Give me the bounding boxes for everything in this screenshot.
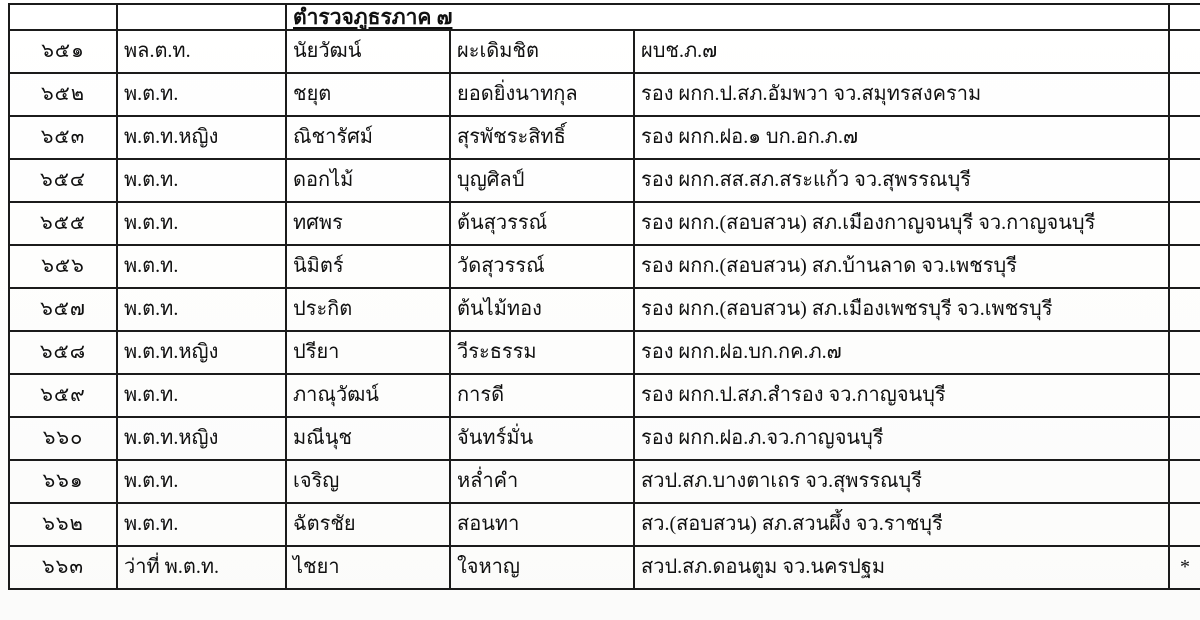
table-row: ๖๖๐ พ.ต.ท.หญิง มณีนุช จันทร์มั่น รอง ผกก… (9, 417, 1200, 460)
last-name-cell: วีระธรรม (450, 331, 634, 374)
position-cell: รอง ผกก.สส.สภ.สระแก้ว จว.สุพรรณบุรี (634, 159, 1169, 202)
position-cell: สว.(สอบสวน) สภ.สวนผึ้ง จว.ราชบุรี (634, 503, 1169, 546)
table-row: ๖๕๗ พ.ต.ท. ประกิต ต้นไม้ทอง รอง ผกก.(สอบ… (9, 288, 1200, 331)
page-title: ตำรวจภูธรภาค ๗ (293, 5, 452, 29)
table-row: ๖๕๔ พ.ต.ท. ดอกไม้ บุญศิลป์ รอง ผกก.สส.สภ… (9, 159, 1200, 202)
table-row: ๖๕๕ พ.ต.ท. ทศพร ต้นสุวรรณ์ รอง ผกก.(สอบส… (9, 202, 1200, 245)
row-number: ๖๖๑ (9, 460, 117, 503)
rank-cell: พ.ต.ท.หญิง (117, 331, 286, 374)
table-row: ๖๕๙ พ.ต.ท. ภาณุวัฒน์ การดี รอง ผกก.ป.สภ.… (9, 374, 1200, 417)
rank-cell: พ.ต.ท. (117, 159, 286, 202)
row-number: ๖๕๔ (9, 159, 117, 202)
header-empty-cell (117, 4, 286, 30)
position-cell: รอง ผกก.ฝอ.๑ บก.อก.ภ.๗ (634, 116, 1169, 159)
note-cell (1169, 288, 1200, 331)
position-cell: ผบช.ภ.๗ (634, 30, 1169, 73)
note-cell (1169, 202, 1200, 245)
table-row: ๖๖๒ พ.ต.ท. ฉัตรชัย สอนทา สว.(สอบสวน) สภ.… (9, 503, 1200, 546)
position-cell: รอง ผกก.(สอบสวน) สภ.เมืองกาญจนบุรี จว.กา… (634, 202, 1169, 245)
first-name-cell: มณีนุช (286, 417, 450, 460)
header-empty-cell (1169, 4, 1200, 30)
rank-cell: พ.ต.ท. (117, 202, 286, 245)
note-cell (1169, 417, 1200, 460)
note-cell (1169, 503, 1200, 546)
position-cell: รอง ผกก.(สอบสวน) สภ.บ้านลาด จว.เพชรบุรี (634, 245, 1169, 288)
first-name-cell: ชยุต (286, 73, 450, 116)
rank-cell: ว่าที่ พ.ต.ท. (117, 546, 286, 589)
table-row: ๖๖๓ ว่าที่ พ.ต.ท. ไชยา ใจหาญ สวป.สภ.ดอนต… (9, 546, 1200, 589)
table-row: ๖๕๖ พ.ต.ท. นิมิตร์ วัดสุวรรณ์ รอง ผกก.(ส… (9, 245, 1200, 288)
table-row: ๖๕๓ พ.ต.ท.หญิง ณิชารัศม์ สุรพัชระสิทธิ์ … (9, 116, 1200, 159)
last-name-cell: ยอดยิ่งนาทกุล (450, 73, 634, 116)
note-cell (1169, 159, 1200, 202)
last-name-cell: หล่ำคำ (450, 460, 634, 503)
officer-roster-table: ตำรวจภูธรภาค ๗ ๖๕๑ พล.ต.ท. นัยวัฒน์ ผะเด… (8, 3, 1200, 590)
note-cell (1169, 331, 1200, 374)
table-row: ๖๕๑ พล.ต.ท. นัยวัฒน์ ผะเดิมชิต ผบช.ภ.๗ (9, 30, 1200, 73)
note-cell (1169, 30, 1200, 73)
last-name-cell: การดี (450, 374, 634, 417)
note-cell (1169, 460, 1200, 503)
last-name-cell: วัดสุวรรณ์ (450, 245, 634, 288)
table-row: ๖๕๒ พ.ต.ท. ชยุต ยอดยิ่งนาทกุล รอง ผกก.ป.… (9, 73, 1200, 116)
position-cell: รอง ผกก.ป.สภ.อัมพวา จว.สมุทรสงคราม (634, 73, 1169, 116)
last-name-cell: สอนทา (450, 503, 634, 546)
row-number: ๖๕๑ (9, 30, 117, 73)
note-cell (1169, 116, 1200, 159)
rank-cell: พ.ต.ท. (117, 288, 286, 331)
rank-cell: พล.ต.ท. (117, 30, 286, 73)
row-number: ๖๖๒ (9, 503, 117, 546)
rank-cell: พ.ต.ท. (117, 503, 286, 546)
row-number: ๖๖๓ (9, 546, 117, 589)
note-cell (1169, 73, 1200, 116)
header-empty-cell (9, 4, 117, 30)
table-row: ๖๖๑ พ.ต.ท. เจริญ หล่ำคำ สวป.สภ.บางตาเถร … (9, 460, 1200, 503)
first-name-cell: ทศพร (286, 202, 450, 245)
section-title-cell: ตำรวจภูธรภาค ๗ (286, 4, 1169, 30)
row-number: ๖๕๙ (9, 374, 117, 417)
position-cell: สวป.สภ.บางตาเถร จว.สุพรรณบุรี (634, 460, 1169, 503)
row-number: ๖๕๖ (9, 245, 117, 288)
last-name-cell: ต้นไม้ทอง (450, 288, 634, 331)
row-number: ๖๕๓ (9, 116, 117, 159)
first-name-cell: ประกิต (286, 288, 450, 331)
rank-cell: พ.ต.ท. (117, 374, 286, 417)
table-header-row: ตำรวจภูธรภาค ๗ (9, 4, 1200, 30)
row-number: ๖๕๒ (9, 73, 117, 116)
scanned-document-page: ตำรวจภูธรภาค ๗ ๖๕๑ พล.ต.ท. นัยวัฒน์ ผะเด… (0, 0, 1200, 620)
note-asterisk: * (1169, 546, 1200, 589)
rank-cell: พ.ต.ท.หญิง (117, 417, 286, 460)
position-cell: รอง ผกก.ฝอ.บก.กค.ภ.๗ (634, 331, 1169, 374)
first-name-cell: ฉัตรชัย (286, 503, 450, 546)
rank-cell: พ.ต.ท. (117, 245, 286, 288)
rank-cell: พ.ต.ท.หญิง (117, 116, 286, 159)
row-number: ๖๕๕ (9, 202, 117, 245)
rank-cell: พ.ต.ท. (117, 73, 286, 116)
last-name-cell: บุญศิลป์ (450, 159, 634, 202)
table-row: ๖๕๘ พ.ต.ท.หญิง ปรียา วีระธรรม รอง ผกก.ฝอ… (9, 331, 1200, 374)
first-name-cell: ดอกไม้ (286, 159, 450, 202)
last-name-cell: ผะเดิมชิต (450, 30, 634, 73)
row-number: ๖๕๗ (9, 288, 117, 331)
first-name-cell: ไชยา (286, 546, 450, 589)
position-cell: รอง ผกก.(สอบสวน) สภ.เมืองเพชรบุรี จว.เพช… (634, 288, 1169, 331)
last-name-cell: สุรพัชระสิทธิ์ (450, 116, 634, 159)
first-name-cell: นัยวัฒน์ (286, 30, 450, 73)
position-cell: รอง ผกก.ป.สภ.สำรอง จว.กาญจนบุรี (634, 374, 1169, 417)
first-name-cell: นิมิตร์ (286, 245, 450, 288)
position-cell: สวป.สภ.ดอนตูม จว.นครปฐม (634, 546, 1169, 589)
last-name-cell: จันทร์มั่น (450, 417, 634, 460)
note-cell (1169, 374, 1200, 417)
first-name-cell: ภาณุวัฒน์ (286, 374, 450, 417)
last-name-cell: ใจหาญ (450, 546, 634, 589)
first-name-cell: ปรียา (286, 331, 450, 374)
last-name-cell: ต้นสุวรรณ์ (450, 202, 634, 245)
row-number: ๖๖๐ (9, 417, 117, 460)
rank-cell: พ.ต.ท. (117, 460, 286, 503)
note-cell (1169, 245, 1200, 288)
row-number: ๖๕๘ (9, 331, 117, 374)
position-cell: รอง ผกก.ฝอ.ภ.จว.กาญจนบุรี (634, 417, 1169, 460)
first-name-cell: ณิชารัศม์ (286, 116, 450, 159)
first-name-cell: เจริญ (286, 460, 450, 503)
